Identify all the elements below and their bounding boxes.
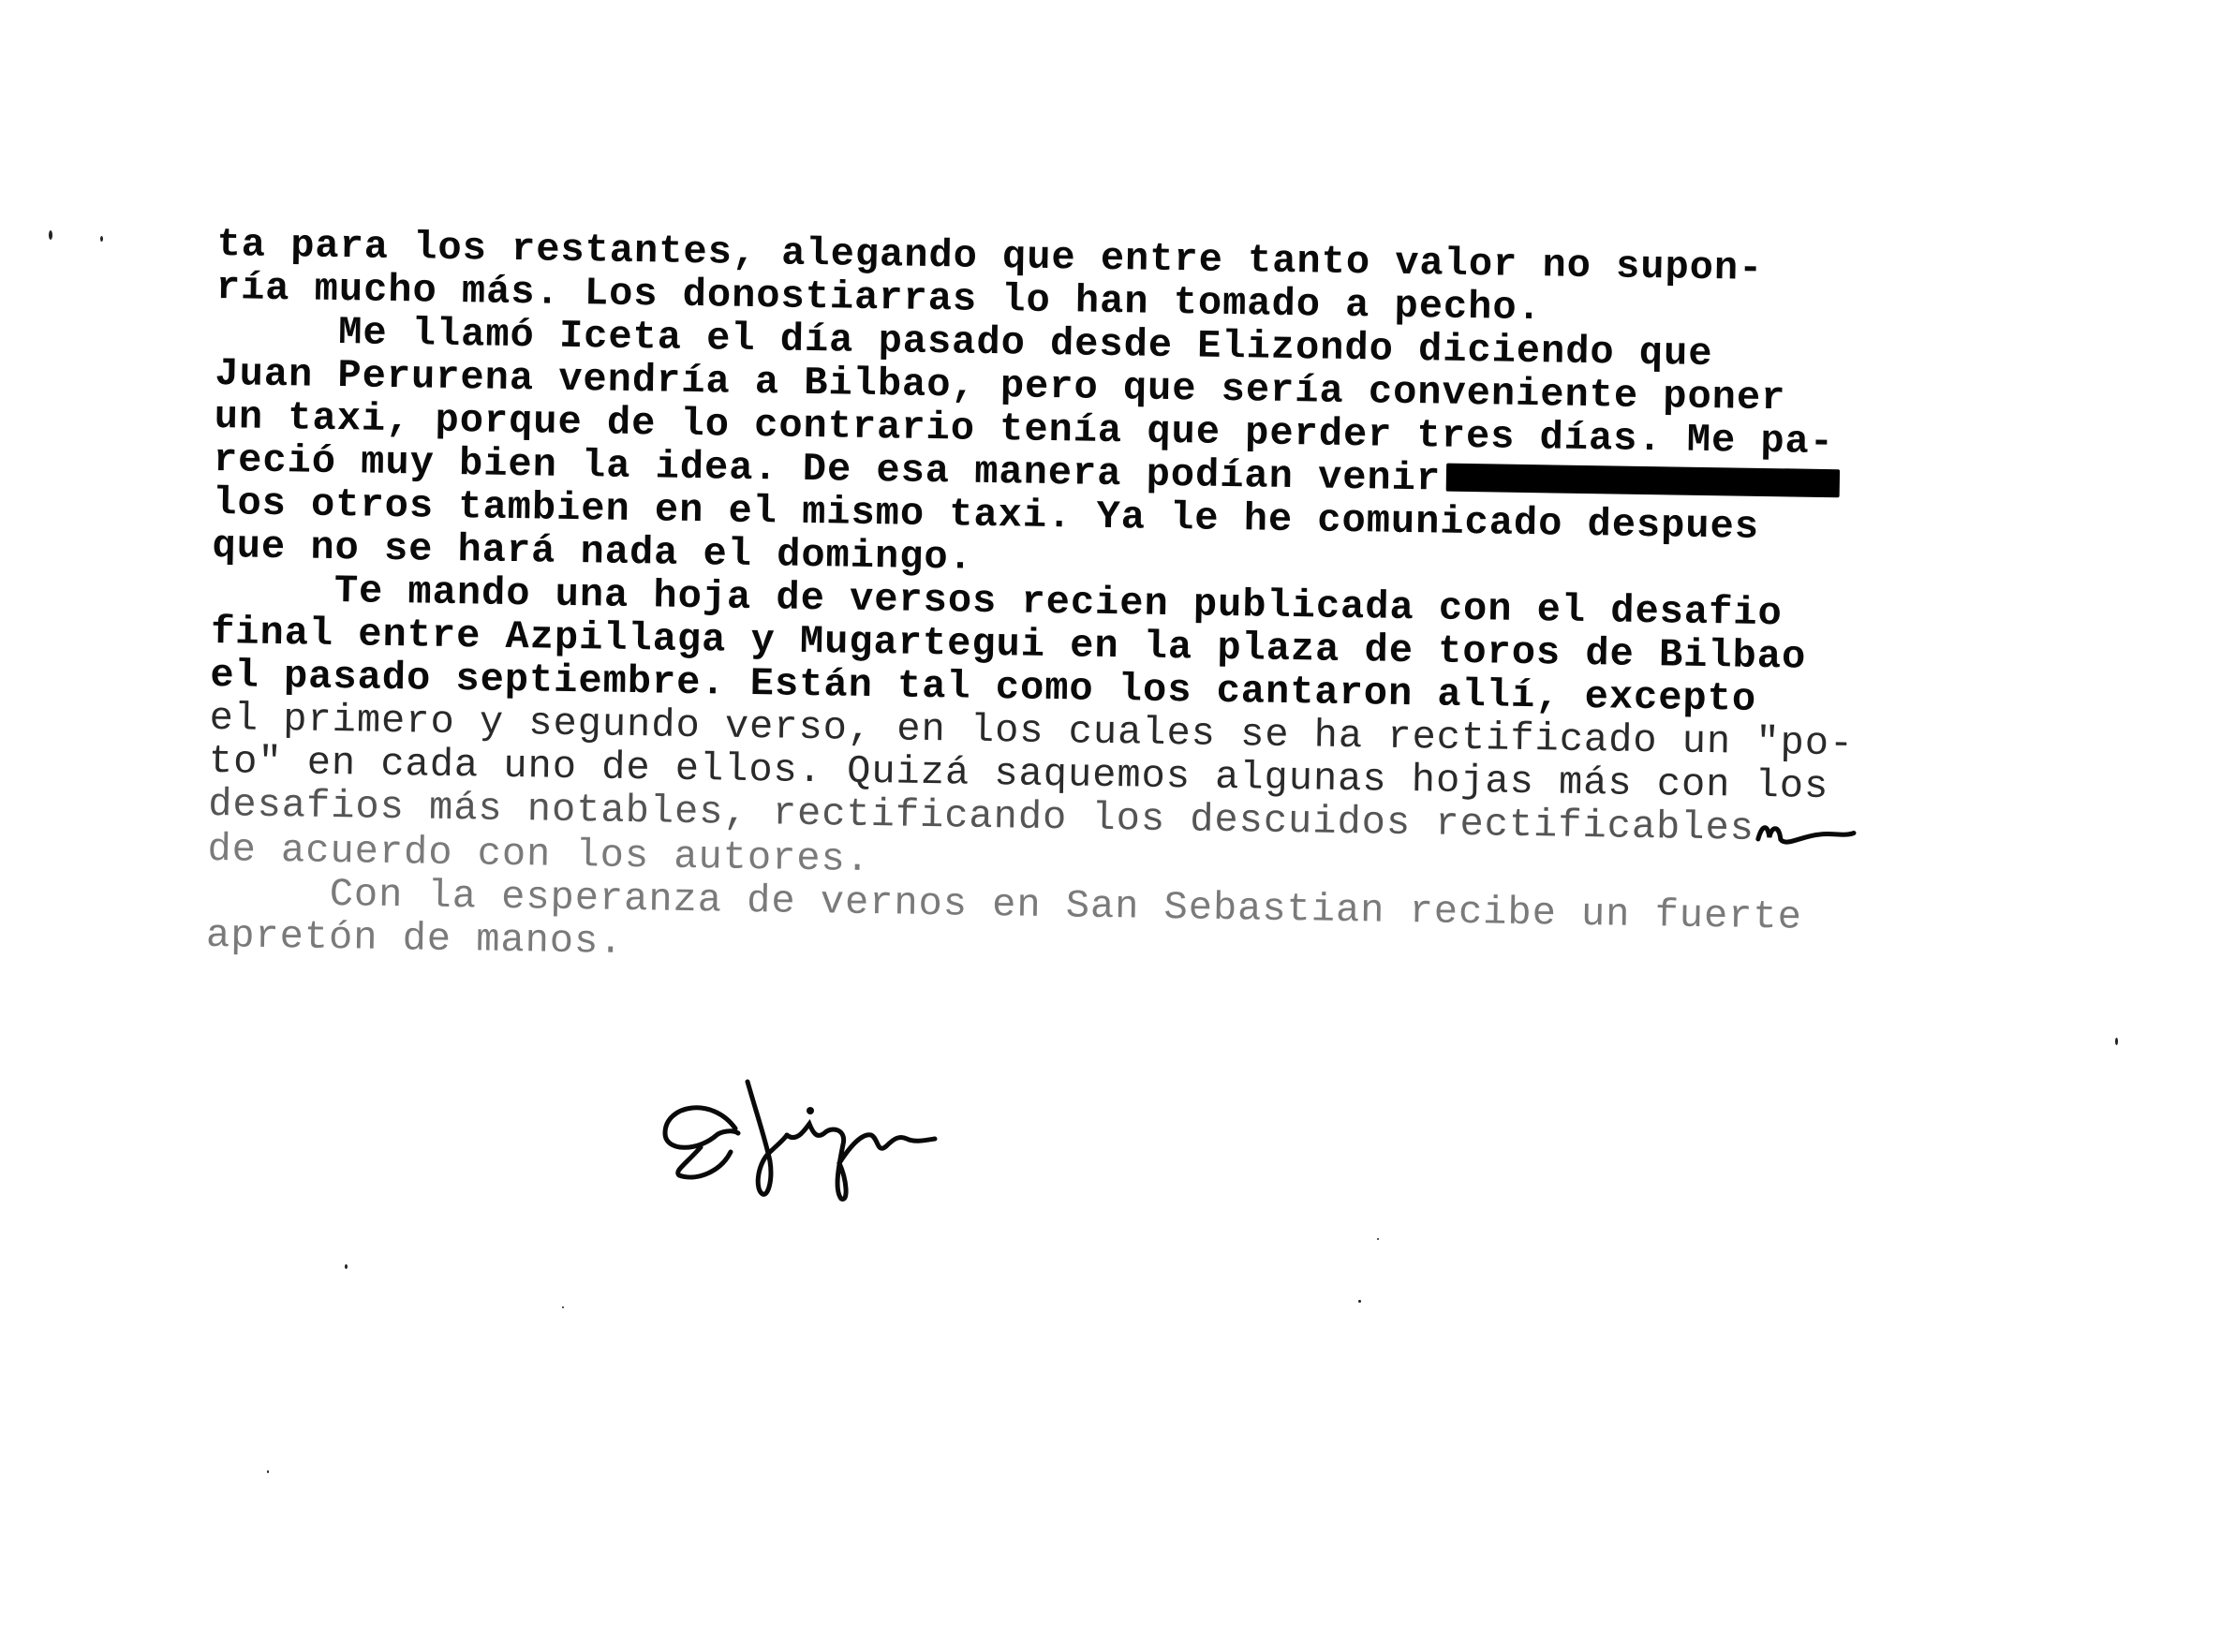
- handwritten-signature: Zuigorn: [646, 1077, 965, 1217]
- scan-speck: [1358, 1300, 1361, 1303]
- scan-speck: [267, 1470, 269, 1473]
- scan-speck: [345, 1264, 348, 1269]
- scanned-letter-page: ta para los restantes, alegando que entr…: [0, 0, 2221, 1652]
- scan-speck: [2115, 1038, 2118, 1045]
- scan-speck: [562, 1306, 564, 1308]
- handwritten-insertion-mark-icon: [1755, 815, 1858, 854]
- letter-body: ta para los restantes, alegando que entr…: [206, 223, 2091, 986]
- scan-speck: [49, 230, 52, 240]
- scan-speck: [100, 236, 103, 242]
- scan-speck: [1377, 1238, 1379, 1240]
- redaction-bar: [1446, 464, 1840, 498]
